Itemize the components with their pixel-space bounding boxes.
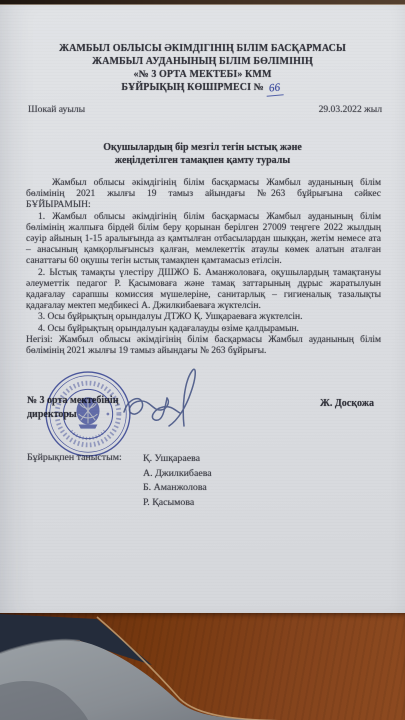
order-item-4: 4. Осы бұйрықтың орындалуын қадағалауды … [26, 324, 381, 335]
acquaintance-name: Қ. Ушқараева [143, 452, 212, 467]
wooden-table [0, 613, 405, 720]
handwritten-copy-number: 66 [266, 81, 284, 96]
place-date-row: Шокай ауылы 29.03.2022 жыл [28, 104, 382, 115]
acquaintance-name: Р. Қасымова [143, 496, 212, 511]
acquaintance-name: Б. Аманжолова [143, 481, 212, 496]
signature-scribble [118, 366, 218, 434]
background-scene [0, 613, 405, 720]
title-line: жеңілдетілген тамақпен қамту туралы [0, 154, 405, 167]
acquaintance-label: Бұйрықпен таныстым: [27, 452, 143, 510]
header-line: ЖАМБЫЛ АУДАНЫНЫҢ БІЛІМ БӨЛІМІНІҢ [0, 55, 405, 68]
place-label: Шокай ауылы [28, 104, 85, 115]
order-body: Жамбыл облысы әкімдігінің білім басқарма… [26, 178, 381, 357]
date-label: 29.03.2022 жыл [319, 104, 382, 115]
order-item-1: 1. Жамбыл облысы әкімдігінің білім басқа… [26, 212, 381, 268]
order-item-2: 2. Ыстық тамақты үлестіру ДШЖО Б. Аманжо… [26, 268, 381, 313]
acquaintance-block: Бұйрықпен таныстым: Қ. Ушқараева А. Джил… [27, 452, 212, 510]
document-title: Оқушылардың бір мезгіл тегін ыстық және … [0, 141, 405, 167]
header-line: ЖАМБЫЛ ОБЛЫСЫ ӘКІМДІГІНІҢ БІЛІМ БАСҚАРМА… [0, 42, 405, 55]
copy-label: БҰЙРЫҚЫҢ КӨШІРМЕСІ № [121, 82, 263, 93]
document-header: ЖАМБЫЛ ОБЛЫСЫ ӘКІМДІГІНІҢ БІЛІМ БАСҚАРМА… [0, 4, 405, 95]
signer-name: Ж. Досқожа [320, 398, 374, 409]
intro-paragraph: Жамбыл облысы әкімдігінің білім басқарма… [26, 178, 381, 212]
basis-paragraph: Негізі: Жамбыл облысы әкімдігінің білім … [26, 335, 381, 357]
table-edge-top [0, 0, 405, 5]
header-line: «№ 3 ОРТА МЕКТЕБІ» КММ [0, 68, 405, 81]
paper-document: ЖАМБЫЛ ОБЛЫСЫ ӘКІМДІГІНІҢ БІЛІМ БАСҚАРМА… [0, 4, 405, 613]
document-photo: ЖАМБЫЛ ОБЛЫСЫ ӘКІМДІГІНІҢ БІЛІМ БАСҚАРМА… [0, 0, 405, 720]
order-copy-line: БҰЙРЫҚЫҢ КӨШІРМЕСІ № 66 [0, 81, 405, 95]
acquaintance-names: Қ. Ушқараева А. Джилкибаева Б. Аманжолов… [143, 452, 212, 510]
acquaintance-name: А. Джилкибаева [143, 467, 212, 482]
order-item-3: 3. Осы бұйрықтың орындалуы ДТЖО Қ. Ушқар… [26, 312, 381, 323]
title-line: Оқушылардың бір мезгіл тегін ыстық және [0, 141, 405, 154]
